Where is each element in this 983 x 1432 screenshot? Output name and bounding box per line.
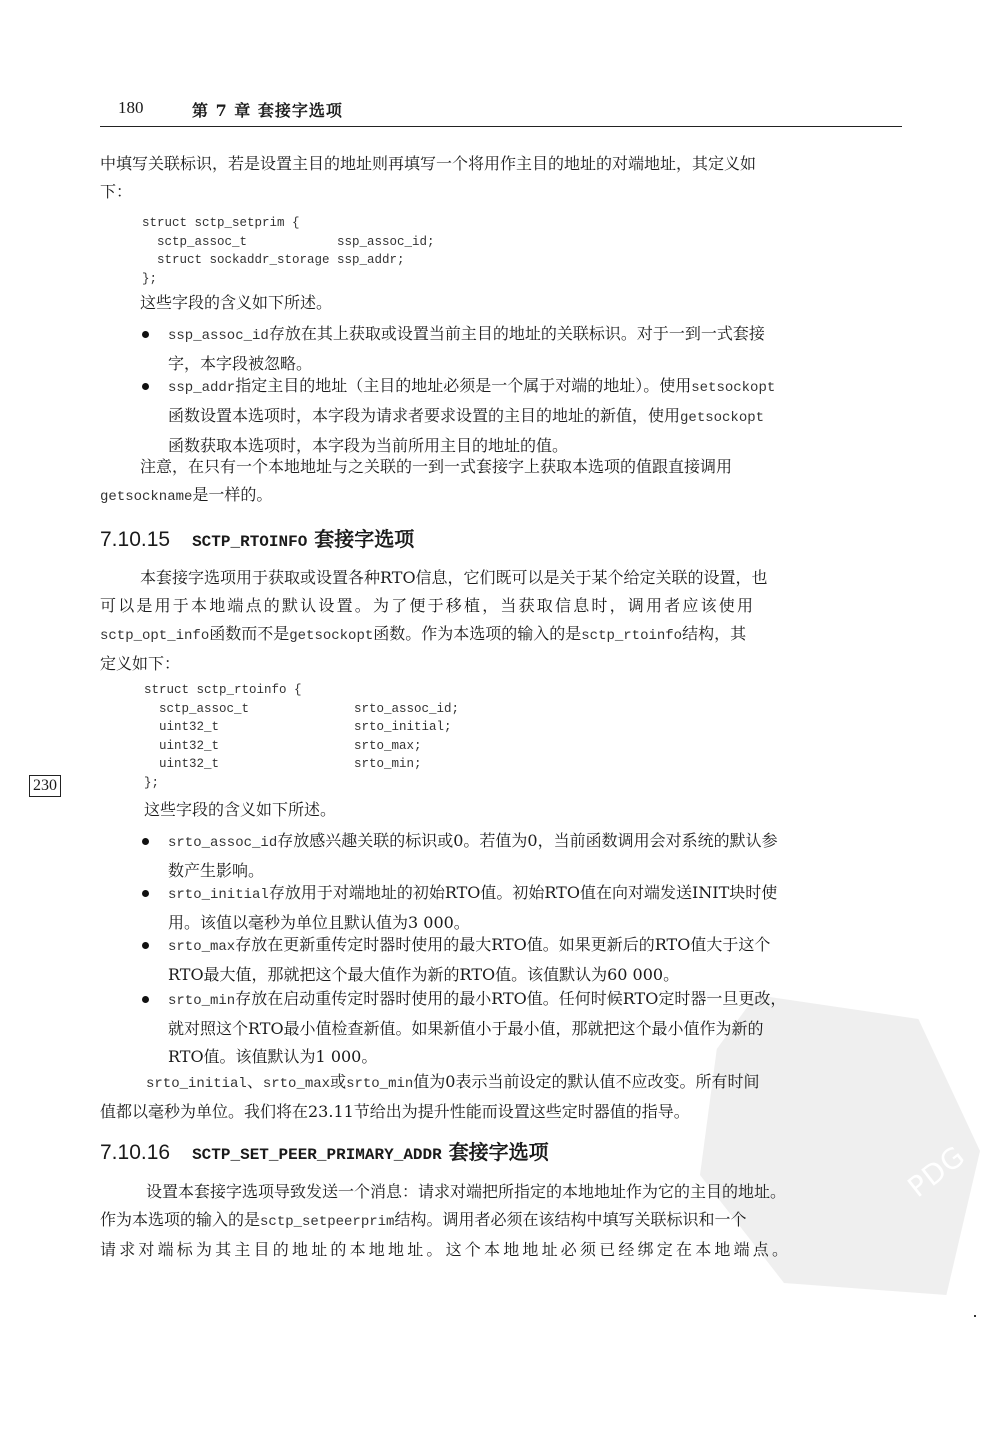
intro-line-1: 中填写关联标识，若是设置主目的地址则再填写一个将用作主目的地址的对端地址，其定义…	[100, 150, 902, 178]
bullet-icon	[142, 996, 149, 1003]
bullet-icon	[142, 890, 149, 897]
page-number: 180	[118, 98, 144, 118]
field-name: srto_initial	[146, 1076, 247, 1092]
bullet-icon	[142, 942, 149, 949]
code-line: sctp_assoc_t ssp_assoc_id;	[142, 233, 435, 252]
separator: 或	[330, 1072, 346, 1091]
note-line: 是一样的。	[192, 485, 272, 504]
function-name: getsockname	[100, 489, 192, 505]
option-name: SCTP_RTOINFO	[192, 533, 307, 551]
field-name: srto_min	[168, 993, 235, 1009]
section-heading-7-10-15: 7.10.15SCTP_RTOINFO 套接字选项	[100, 523, 414, 552]
code-sctp-rtoinfo: struct sctp_rtoinfo { sctp_assoc_t srto_…	[144, 681, 459, 792]
bullet-srto-max: srto_max存放在更新重传定时器时使用的最大RTO值。如果更新后的RTO值大…	[140, 931, 902, 989]
code-line: };	[142, 270, 435, 289]
margin-page-reference: 230	[29, 775, 61, 797]
bullet-srto-assoc-id: srto_assoc_id存放感兴趣关联的标识或0。若值为0，当前函数调用会对系…	[140, 827, 902, 885]
code-sctp-setprim: struct sctp_setprim { sctp_assoc_t ssp_a…	[142, 214, 435, 288]
field-name: srto_min	[346, 1076, 413, 1092]
intro-line-2: 下：	[100, 178, 902, 206]
function-name: sctp_opt_info	[100, 628, 209, 644]
rtoinfo-paragraph: 本套接字选项用于获取或设置各种RTO信息，它们既可以是关于某个给定关联的设置，也…	[100, 564, 902, 678]
para-line: 定义如下：	[100, 650, 902, 678]
para-text: 作为本选项的输入的是	[100, 1210, 260, 1229]
para-line: 请求对端标为其主目的地址的本地地址。这个本地地址必须已经绑定在本地端点。	[100, 1236, 902, 1264]
section-suffix: 套接字选项	[449, 1140, 549, 1164]
separator: 、	[247, 1072, 263, 1091]
note-line: 值都以毫秒为单位。我们将在23.11节给出为提升性能而设置这些定时器值的指导。	[100, 1098, 902, 1126]
bullet-text: 函数设置本选项时，本字段为请求者要求设置的主目的地址的新值，使用	[168, 406, 680, 425]
para-line: 设置本套接字选项导致发送一个消息：请求对端把所指定的本地地址作为它的主目的地址。	[100, 1178, 902, 1206]
code-line: };	[144, 774, 459, 793]
para-text: 函数。作为本选项的输入的是	[373, 624, 581, 643]
section-suffix: 套接字选项	[314, 527, 414, 551]
struct-name: sctp_rtoinfo	[581, 628, 682, 644]
bullet-srto-min: srto_min存放在启动重传定时器时使用的最小RTO值。任何时候RTO定时器一…	[140, 985, 902, 1071]
code-line: sctp_assoc_t srto_assoc_id;	[144, 700, 459, 719]
section-heading-7-10-16: 7.10.16SCTP_SET_PEER_PRIMARY_ADDR 套接字选项	[100, 1136, 549, 1165]
field-name: srto_assoc_id	[168, 835, 277, 851]
function-name: getsockopt	[680, 410, 764, 426]
field-name: srto_max	[263, 1076, 330, 1092]
bullet-icon	[142, 383, 149, 390]
setprim-note: 注意，在只有一个本地地址与之关联的一到一式套接字上获取本选项的值跟直接调用 ge…	[100, 453, 902, 511]
bullet-text: 指定主目的地址（主目的地址必须是一个属于对端的地址）。使用	[235, 376, 691, 395]
note-text: 值为0表示当前设定的默认值不应改变。所有时间	[413, 1072, 759, 1091]
field-name: ssp_addr	[168, 380, 235, 396]
note-line: 注意，在只有一个本地地址与之关联的一到一式套接字上获取本选项的值跟直接调用	[100, 453, 902, 481]
function-name: setsockopt	[691, 380, 775, 396]
fields-intro: 这些字段的含义如下所述。	[140, 289, 332, 317]
section-number: 7.10.16	[100, 1141, 170, 1164]
code-line: uint32_t srto_min;	[144, 755, 459, 774]
rto-fields-intro: 这些字段的含义如下所述。	[144, 796, 336, 824]
intro-paragraph: 中填写关联标识，若是设置主目的地址则再填写一个将用作主目的地址的对端地址，其定义…	[100, 150, 902, 206]
section-number: 7.10.15	[100, 528, 170, 551]
running-header: 180 第 7 章 套接字选项	[100, 98, 902, 127]
function-name: getsockopt	[289, 628, 373, 644]
rto-note: srto_initial、srto_max或srto_min值为0表示当前设定的…	[100, 1068, 902, 1126]
bullet-text: 存放感兴趣关联的标识或0。若值为0，当前函数调用会对系统的默认参	[277, 831, 777, 850]
chapter-title: 第 7 章 套接字选项	[192, 98, 343, 121]
code-line: struct sctp_rtoinfo {	[144, 681, 459, 700]
para-text: 结构。调用者必须在该结构中填写关联标识和一个	[394, 1210, 746, 1229]
scan-speck	[974, 1315, 976, 1317]
para-text: 函数而不是	[209, 624, 289, 643]
para-line: 本套接字选项用于获取或设置各种RTO信息，它们既可以是关于某个给定关联的设置，也	[100, 564, 902, 592]
code-line: uint32_t srto_initial;	[144, 718, 459, 737]
book-page: PDG 180 第 7 章 套接字选项 中填写关联标识，若是设置主目的地址则再填…	[0, 0, 983, 1432]
bullet-text: 存放在更新重传定时器时使用的最大RTO值。如果更新后的RTO值大于这个	[235, 935, 770, 954]
struct-name: sctp_setpeerprim	[260, 1214, 394, 1230]
peer-primary-paragraph: 设置本套接字选项导致发送一个消息：请求对端把所指定的本地地址作为它的主目的地址。…	[100, 1178, 902, 1264]
option-name: SCTP_SET_PEER_PRIMARY_ADDR	[192, 1146, 442, 1164]
para-text: 结构，其	[682, 624, 746, 643]
bullet-ssp-assoc-id: ssp_assoc_id存放在其上获取或设置当前主目的地址的关联标识。对于一到一…	[140, 320, 902, 378]
field-name: ssp_assoc_id	[168, 328, 269, 344]
code-line: uint32_t srto_max;	[144, 737, 459, 756]
bullet-ssp-addr: ssp_addr指定主目的地址（主目的地址必须是一个属于对端的地址）。使用set…	[140, 372, 902, 460]
code-line: struct sctp_setprim {	[142, 214, 435, 233]
para-line: 可以是用于本地端点的默认设置。为了便于移植，当获取信息时，调用者应该使用	[100, 592, 902, 620]
bullet-icon	[142, 838, 149, 845]
bullet-srto-initial: srto_initial存放用于对端地址的初始RTO值。初始RTO值在向对端发送…	[140, 879, 902, 937]
bullet-text: RTO值。该值默认为1 000。	[168, 1043, 902, 1071]
bullet-icon	[142, 331, 149, 338]
field-name: srto_initial	[168, 887, 269, 903]
code-line: struct sockaddr_storage ssp_addr;	[142, 251, 435, 270]
bullet-text: 存放用于对端地址的初始RTO值。初始RTO值在向对端发送INIT块时使	[269, 883, 777, 902]
bullet-text: 就对照这个RTO最小值检查新值。如果新值小于最小值，那就把这个最小值作为新的	[168, 1015, 902, 1043]
bullet-text: 存放在启动重传定时器时使用的最小RTO值。任何时候RTO定时器一旦更改，	[235, 989, 786, 1008]
bullet-text: 存放在其上获取或设置当前主目的地址的关联标识。对于一到一式套接	[269, 324, 765, 343]
field-name: srto_max	[168, 939, 235, 955]
